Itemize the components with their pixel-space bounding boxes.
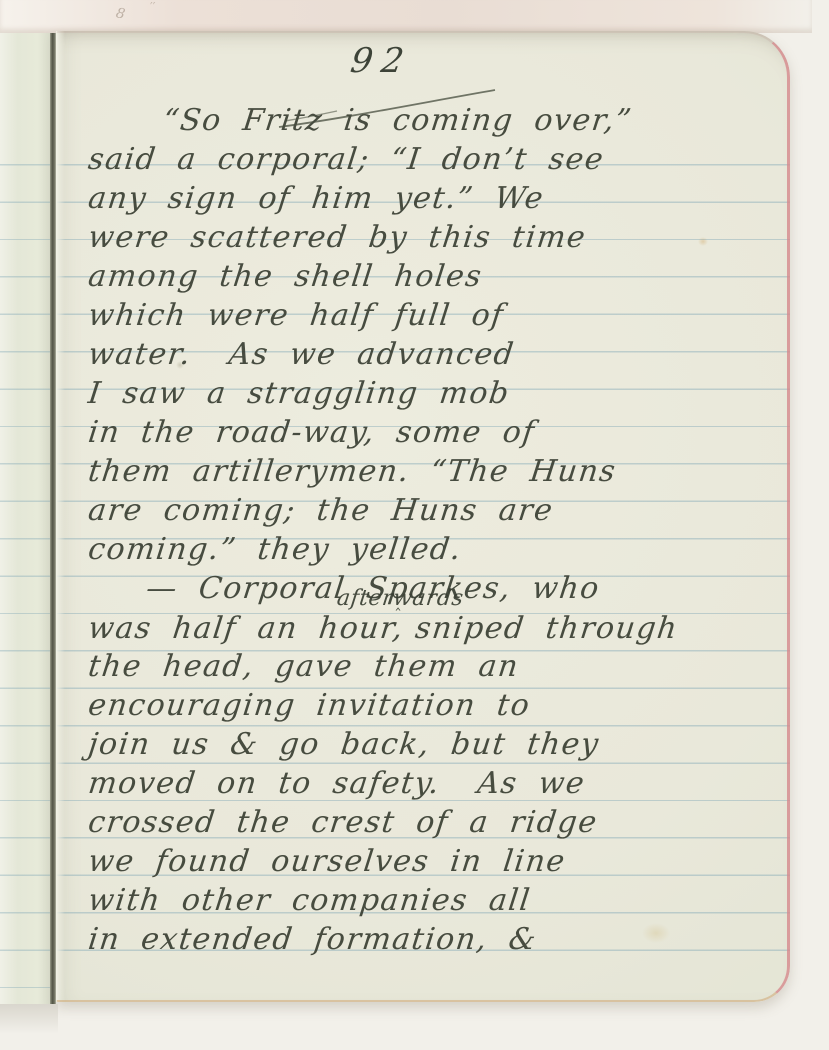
facing-page-edge: [0, 33, 50, 1007]
manuscript-line: are coming; the Huns are: [86, 491, 784, 530]
handwriting-text: coming.” they yelled.: [86, 530, 464, 569]
manuscript-line: were scattered by this time: [86, 218, 784, 257]
scanned-notebook-photo: 8 ′′ 92 “So Fritz is coming over,”said a…: [0, 0, 829, 1050]
manuscript-line: any sign of him yet.” We: [86, 179, 784, 218]
handwriting-text: among the shell holes: [86, 257, 485, 296]
handwriting-text: the head, gave them an: [86, 647, 521, 686]
facing-page-ruled-lines: [0, 128, 50, 993]
handwriting-text: moved on to safety. As we: [86, 764, 588, 803]
manuscript-line: with other companies all: [86, 881, 784, 920]
handwriting-text: we found ourselves in line: [86, 842, 568, 881]
page-number-underline-flourish: [271, 83, 501, 131]
manuscript-line: among the shell holes: [86, 257, 784, 296]
handwriting-text: encouraging invitation to: [86, 686, 533, 725]
manuscript-line: crossed the crest of a ridge: [86, 803, 784, 842]
handwriting-text: sniped through: [413, 609, 680, 648]
manuscript-line: we found ourselves in line: [86, 842, 784, 881]
manuscript-line: in the road-way, some of: [86, 413, 784, 452]
handwriting-text: in the road-way, some of: [86, 413, 538, 452]
manuscript-line: join us & go back, but they: [86, 725, 784, 764]
manuscript-line: moved on to safety. As we: [86, 764, 784, 803]
handwriting-text: join us & go back, but they: [86, 725, 602, 764]
page-number: 92: [351, 41, 412, 81]
notebook-page: 92 “So Fritz is coming over,”said a corp…: [56, 31, 790, 1002]
handwriting-text: said a corporal; “I don’t see: [86, 140, 607, 179]
manuscript-line: I saw a straggling mob: [86, 374, 784, 413]
manuscript-line: coming.” they yelled.: [86, 530, 784, 569]
handwriting-text: I saw a straggling mob: [86, 374, 512, 413]
handwriting-text: with other companies all: [86, 881, 533, 920]
manuscript-line: which were half full of: [86, 296, 784, 335]
handwriting-text: water. As we advanced: [86, 335, 517, 374]
handwriting-text: are coming; the Huns are: [86, 491, 556, 530]
manuscript-line: in extended formation, &: [86, 920, 784, 959]
handwriting-text: which were half full of: [86, 296, 506, 335]
caret-mark: ‸: [395, 583, 402, 622]
manuscript-line: said a corporal; “I don’t see: [86, 140, 784, 179]
handwriting-text: in extended formation, &: [86, 920, 539, 959]
manuscript-line: the head, gave them an: [86, 647, 784, 686]
handwriting-text: them artillerymen. “The Huns: [86, 452, 619, 491]
handwriting-text: were scattered by this time: [86, 218, 589, 257]
pencil-tick-marks: ′′: [150, 0, 155, 14]
manuscript-line: water. As we advanced: [86, 335, 784, 374]
gutter-highlight: [56, 31, 65, 1002]
page-number-text: 92: [348, 41, 416, 81]
page-bottom-shadow: [0, 1004, 58, 1050]
manuscript-line: was half an hour,afterwards‸sniped throu…: [86, 608, 784, 647]
handwriting-text: any sign of him yet.” We: [86, 179, 546, 218]
manuscript-line: them artillerymen. “The Huns: [86, 452, 784, 491]
handwriting-text: crossed the crest of a ridge: [86, 803, 600, 842]
manuscript-line: encouraging invitation to: [86, 686, 784, 725]
insertion-point: afterwards‸: [401, 608, 413, 638]
manuscript-text: “So Fritz is coming over,”said a corpora…: [86, 101, 784, 959]
